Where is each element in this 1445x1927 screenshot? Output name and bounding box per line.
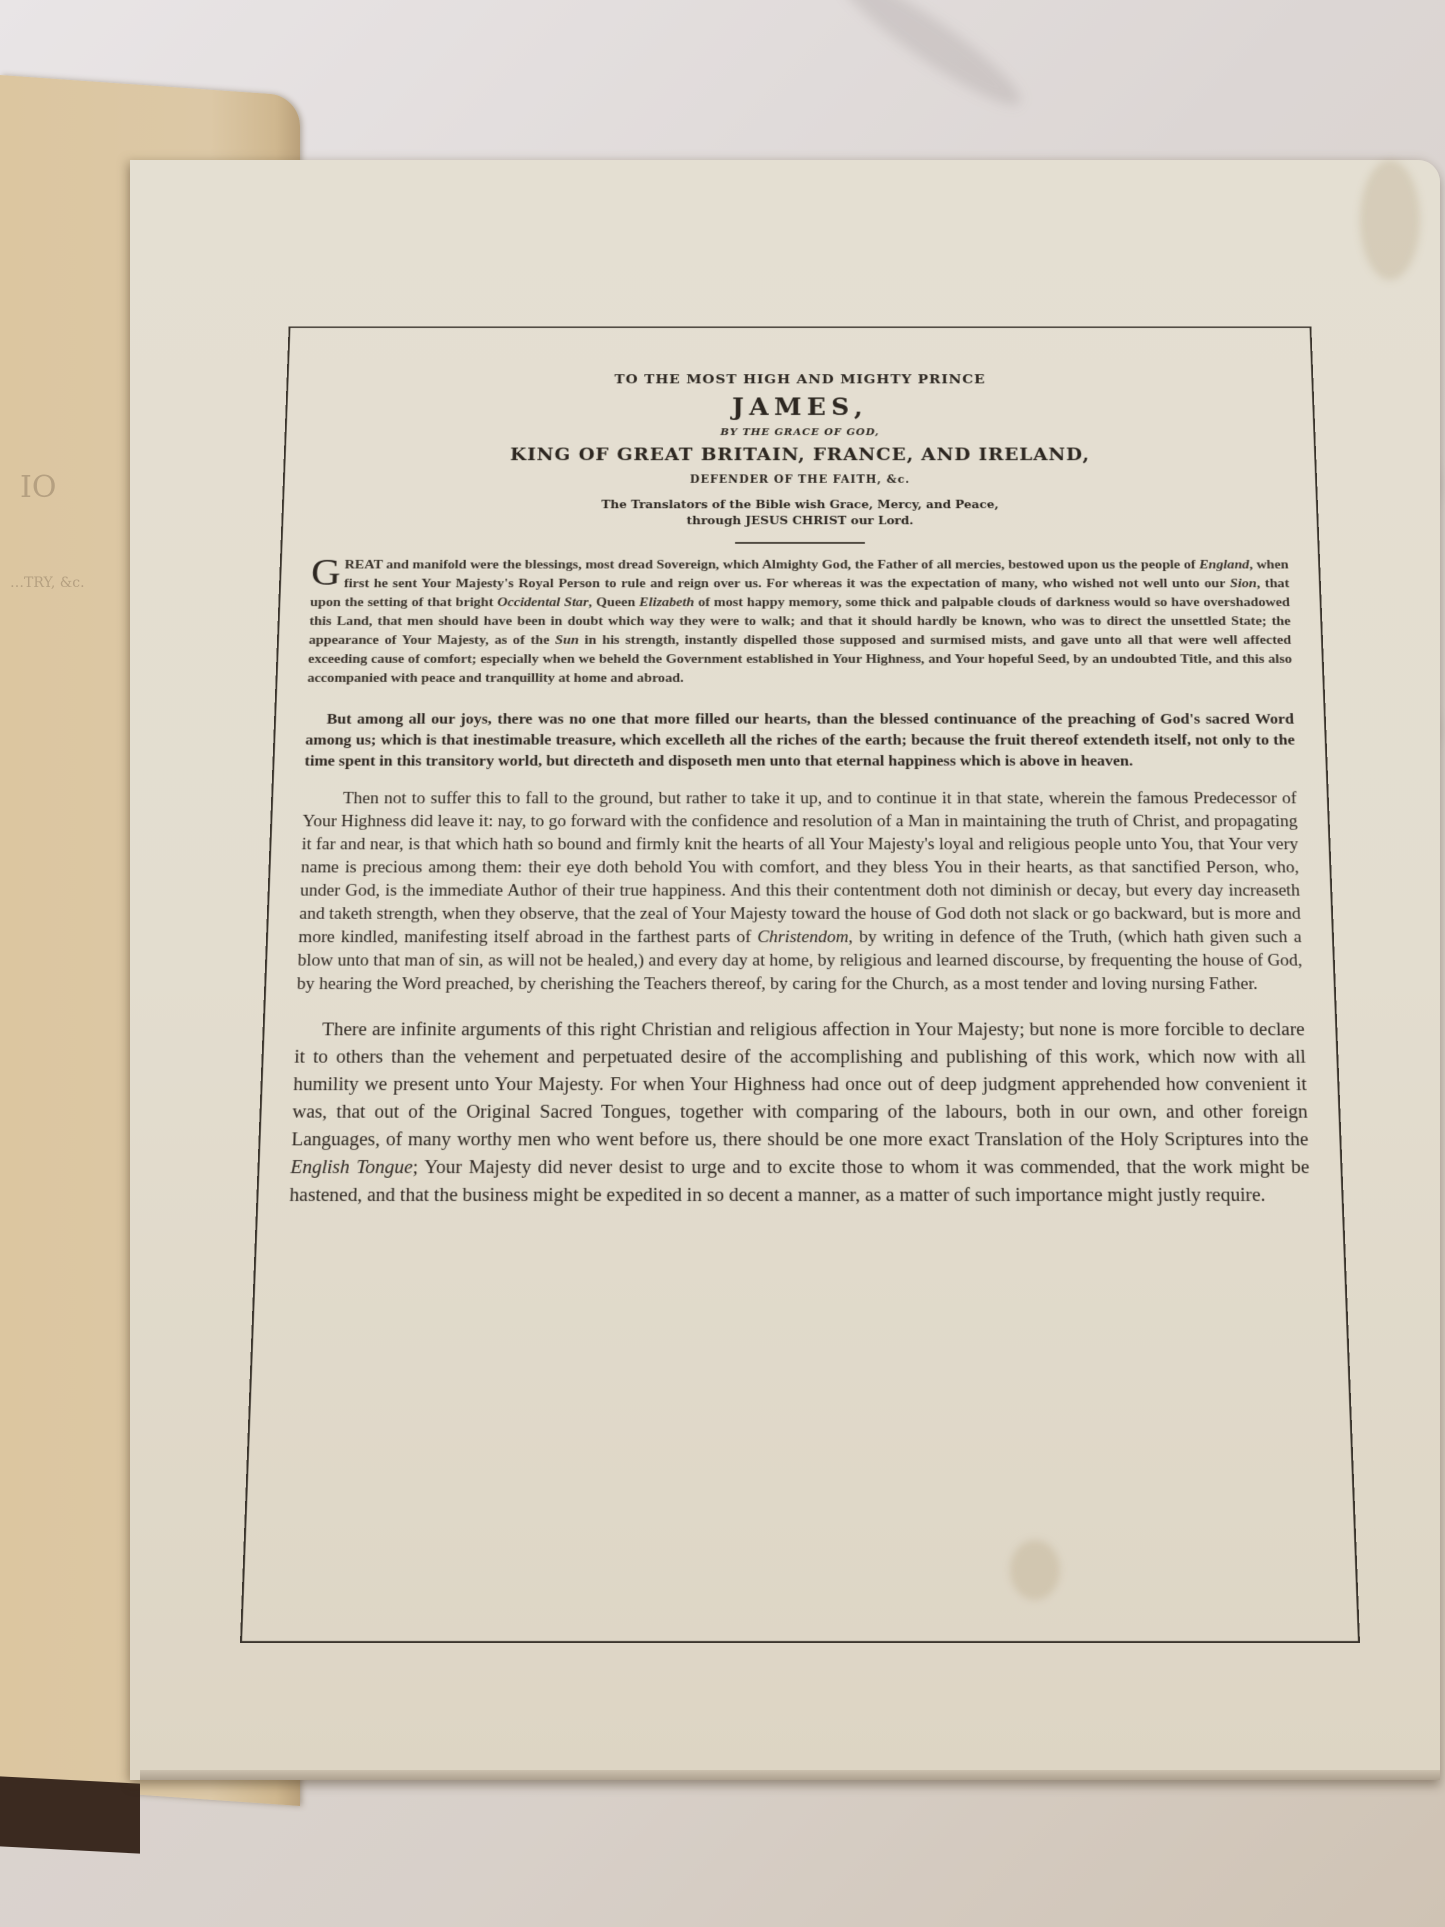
text-run: REAT and manifold were the blessings, mo… xyxy=(344,557,1199,571)
text-run: Then not to suffer this to fall to the g… xyxy=(298,790,1301,947)
text-run: ; Your Majesty did never desist to urge … xyxy=(289,1157,1310,1205)
text-run: , Queen xyxy=(588,595,639,610)
paragraph-1: G REAT and manifold were the blessings, … xyxy=(307,555,1293,687)
text-run: There are infinite arguments of this rig… xyxy=(291,1019,1309,1149)
text-run-italic: Sion xyxy=(1230,576,1257,591)
page-edge xyxy=(140,1770,1440,1780)
text-run-italic: Christendom xyxy=(757,928,848,946)
left-page-ghost-text: IO xyxy=(20,470,56,505)
paragraph-2: But among all our joys, there was no one… xyxy=(304,708,1295,771)
text-run-italic: English Tongue xyxy=(290,1157,413,1177)
heading-defender: DEFENDER OF THE FAITH, &c. xyxy=(314,474,1286,486)
heading-greeting-cont: through JESUS CHRIST our Lord. xyxy=(313,515,1288,528)
heading-title: KING OF GREAT BRITAIN, FRANCE, AND IRELA… xyxy=(315,445,1285,464)
left-page-ghost-text: …TRY, &c. xyxy=(10,575,85,591)
paragraph-4: There are infinite arguments of this rig… xyxy=(289,1016,1311,1209)
heading-name: JAMES, xyxy=(316,395,1283,421)
text-run-italic: Occidental Star xyxy=(497,595,588,610)
text-run-italic: England xyxy=(1199,557,1250,571)
marble-vein xyxy=(828,0,1031,119)
heading-rule xyxy=(735,542,865,544)
text-run-italic: Sun xyxy=(555,632,579,647)
dedication-frame: TO THE MOST HIGH AND MIGHTY PRINCE JAMES… xyxy=(240,326,1360,1643)
book-spine xyxy=(0,1776,140,1853)
heading-grace: BY THE GRACE OF GOD, xyxy=(316,428,1284,439)
paragraph-3: Then not to suffer this to fall to the g… xyxy=(296,787,1303,996)
drop-cap: G xyxy=(311,557,342,588)
text-run-italic: Elizabeth xyxy=(639,595,694,610)
heading-address: TO THE MOST HIGH AND MIGHTY PRINCE xyxy=(318,373,1283,387)
dedication-content: TO THE MOST HIGH AND MIGHTY PRINCE JAMES… xyxy=(289,368,1311,1209)
heading-greeting: The Translators of the Bible wish Grace,… xyxy=(313,499,1286,512)
page-stain xyxy=(1360,160,1420,280)
text-run: But among all our joys, there was no one… xyxy=(304,710,1295,769)
